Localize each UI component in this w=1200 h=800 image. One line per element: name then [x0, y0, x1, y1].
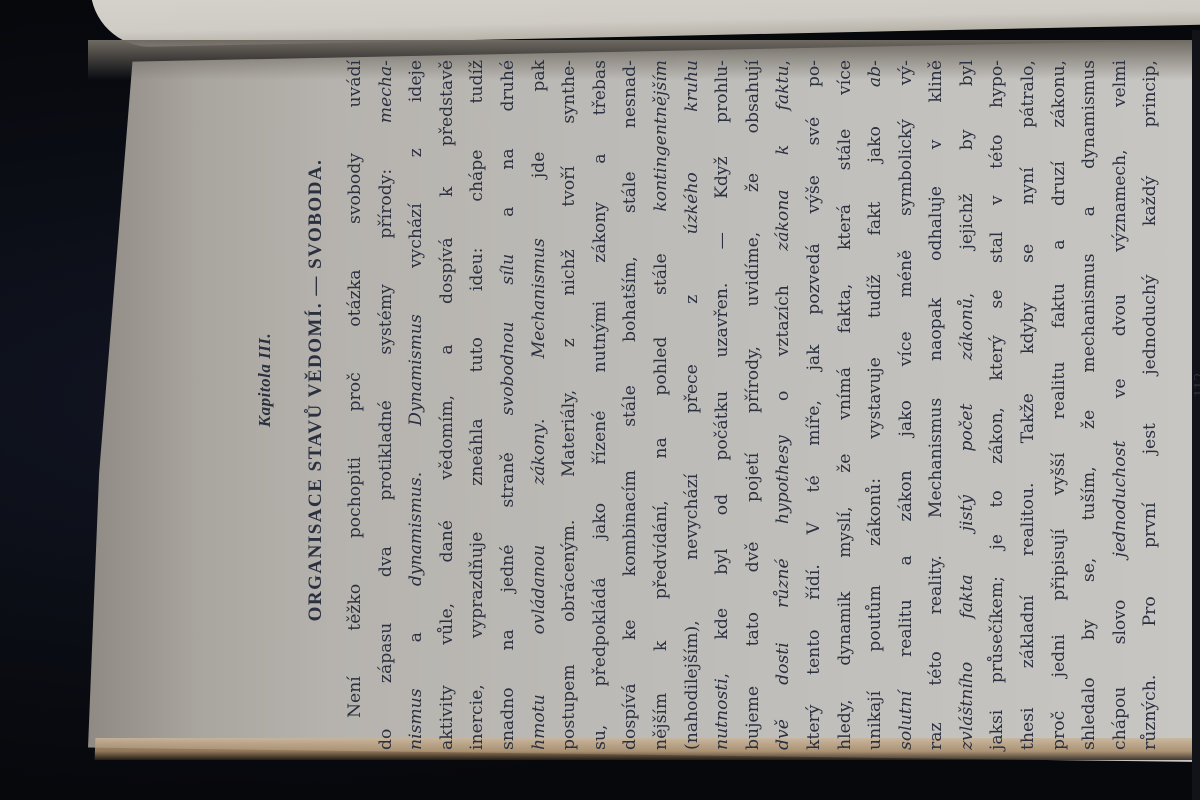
page-number: 112: [1190, 50, 1200, 750]
text-line: nismus a dynamismus. Dynamismus vychází …: [401, 60, 432, 750]
text-line: su, předpokládá jako řízené nutnými záko…: [585, 60, 616, 750]
text-line: aktivity vůle, dané vědomím, a dospívá k…: [432, 60, 463, 750]
rotated-text-block: Kapitola III. ORGANISACE STAVŮ VĚDOMÍ. —…: [250, 50, 1100, 750]
text-line: nutnosti, kde byl od počátku uzavřen. — …: [707, 60, 738, 750]
text-line: který tento řídí. V té míře, jak pozvedá…: [799, 60, 830, 750]
text-line: (nahodilejším), nevychází přece z úzkého…: [677, 60, 708, 750]
text-line: nějším k předvídání, na pohled stále kon…: [646, 60, 677, 750]
text-line: dospívá ke kombinacím stále bohatším, st…: [615, 60, 646, 750]
text-line: shledalo by se, tuším, že mechanismus a …: [1074, 60, 1105, 750]
text-line: inercie, vyprazdňuje zneáhla tuto ideu: …: [462, 60, 493, 750]
text-line: do zápasu dva protikladné systémy přírod…: [371, 60, 402, 750]
text-line: jaksi průsečíkem; je to zákon, který se …: [982, 60, 1013, 750]
text-line: zvláštního fakta jistý počet zákonů, jej…: [952, 60, 983, 750]
text-line: chápou slovo jednoduchost ve dvou význam…: [1105, 60, 1136, 750]
text-line: thesi základní realitou. Takže kdyby se …: [1013, 60, 1044, 750]
chapter-title: ORGANISACE STAVŮ VĚDOMÍ. — SVOBODA.: [302, 50, 330, 750]
text-line: Není těžko pochopiti proč otázka svobody…: [340, 60, 371, 750]
text-line: raz této reality. Mechanismus naopak odh…: [921, 60, 952, 750]
text-line: snadno na jedné straně svobodnou sílu a …: [493, 60, 524, 750]
text-line: hledy, dynamik myslí, že vnímá fakta, kt…: [830, 60, 861, 750]
text-line: unikají poutům zákonů: vystavuje tudíž f…: [860, 60, 891, 750]
text-line: postupem obráceným. Materiály, z nichž t…: [554, 60, 585, 750]
text-line: proč jedni připisují vyšší realitu faktu…: [1044, 60, 1075, 750]
text-line: různých. Pro první jest jednoduchý každý…: [1135, 60, 1166, 750]
chapter-label: Kapitola III.: [250, 50, 280, 750]
text-line: solutní realitu a zákon jako více méně s…: [891, 60, 922, 750]
text-line: hmotu ovládanou zákony. Mechanismus jde …: [524, 60, 555, 750]
text-line: bujeme tato dvě pojetí přírody, uvidíme,…: [738, 60, 769, 750]
text-line: dvě dosti různé hypothesy o vztazích zák…: [768, 60, 799, 750]
body-text: Není těžko pochopiti proč otázka svobody…: [340, 50, 1166, 750]
